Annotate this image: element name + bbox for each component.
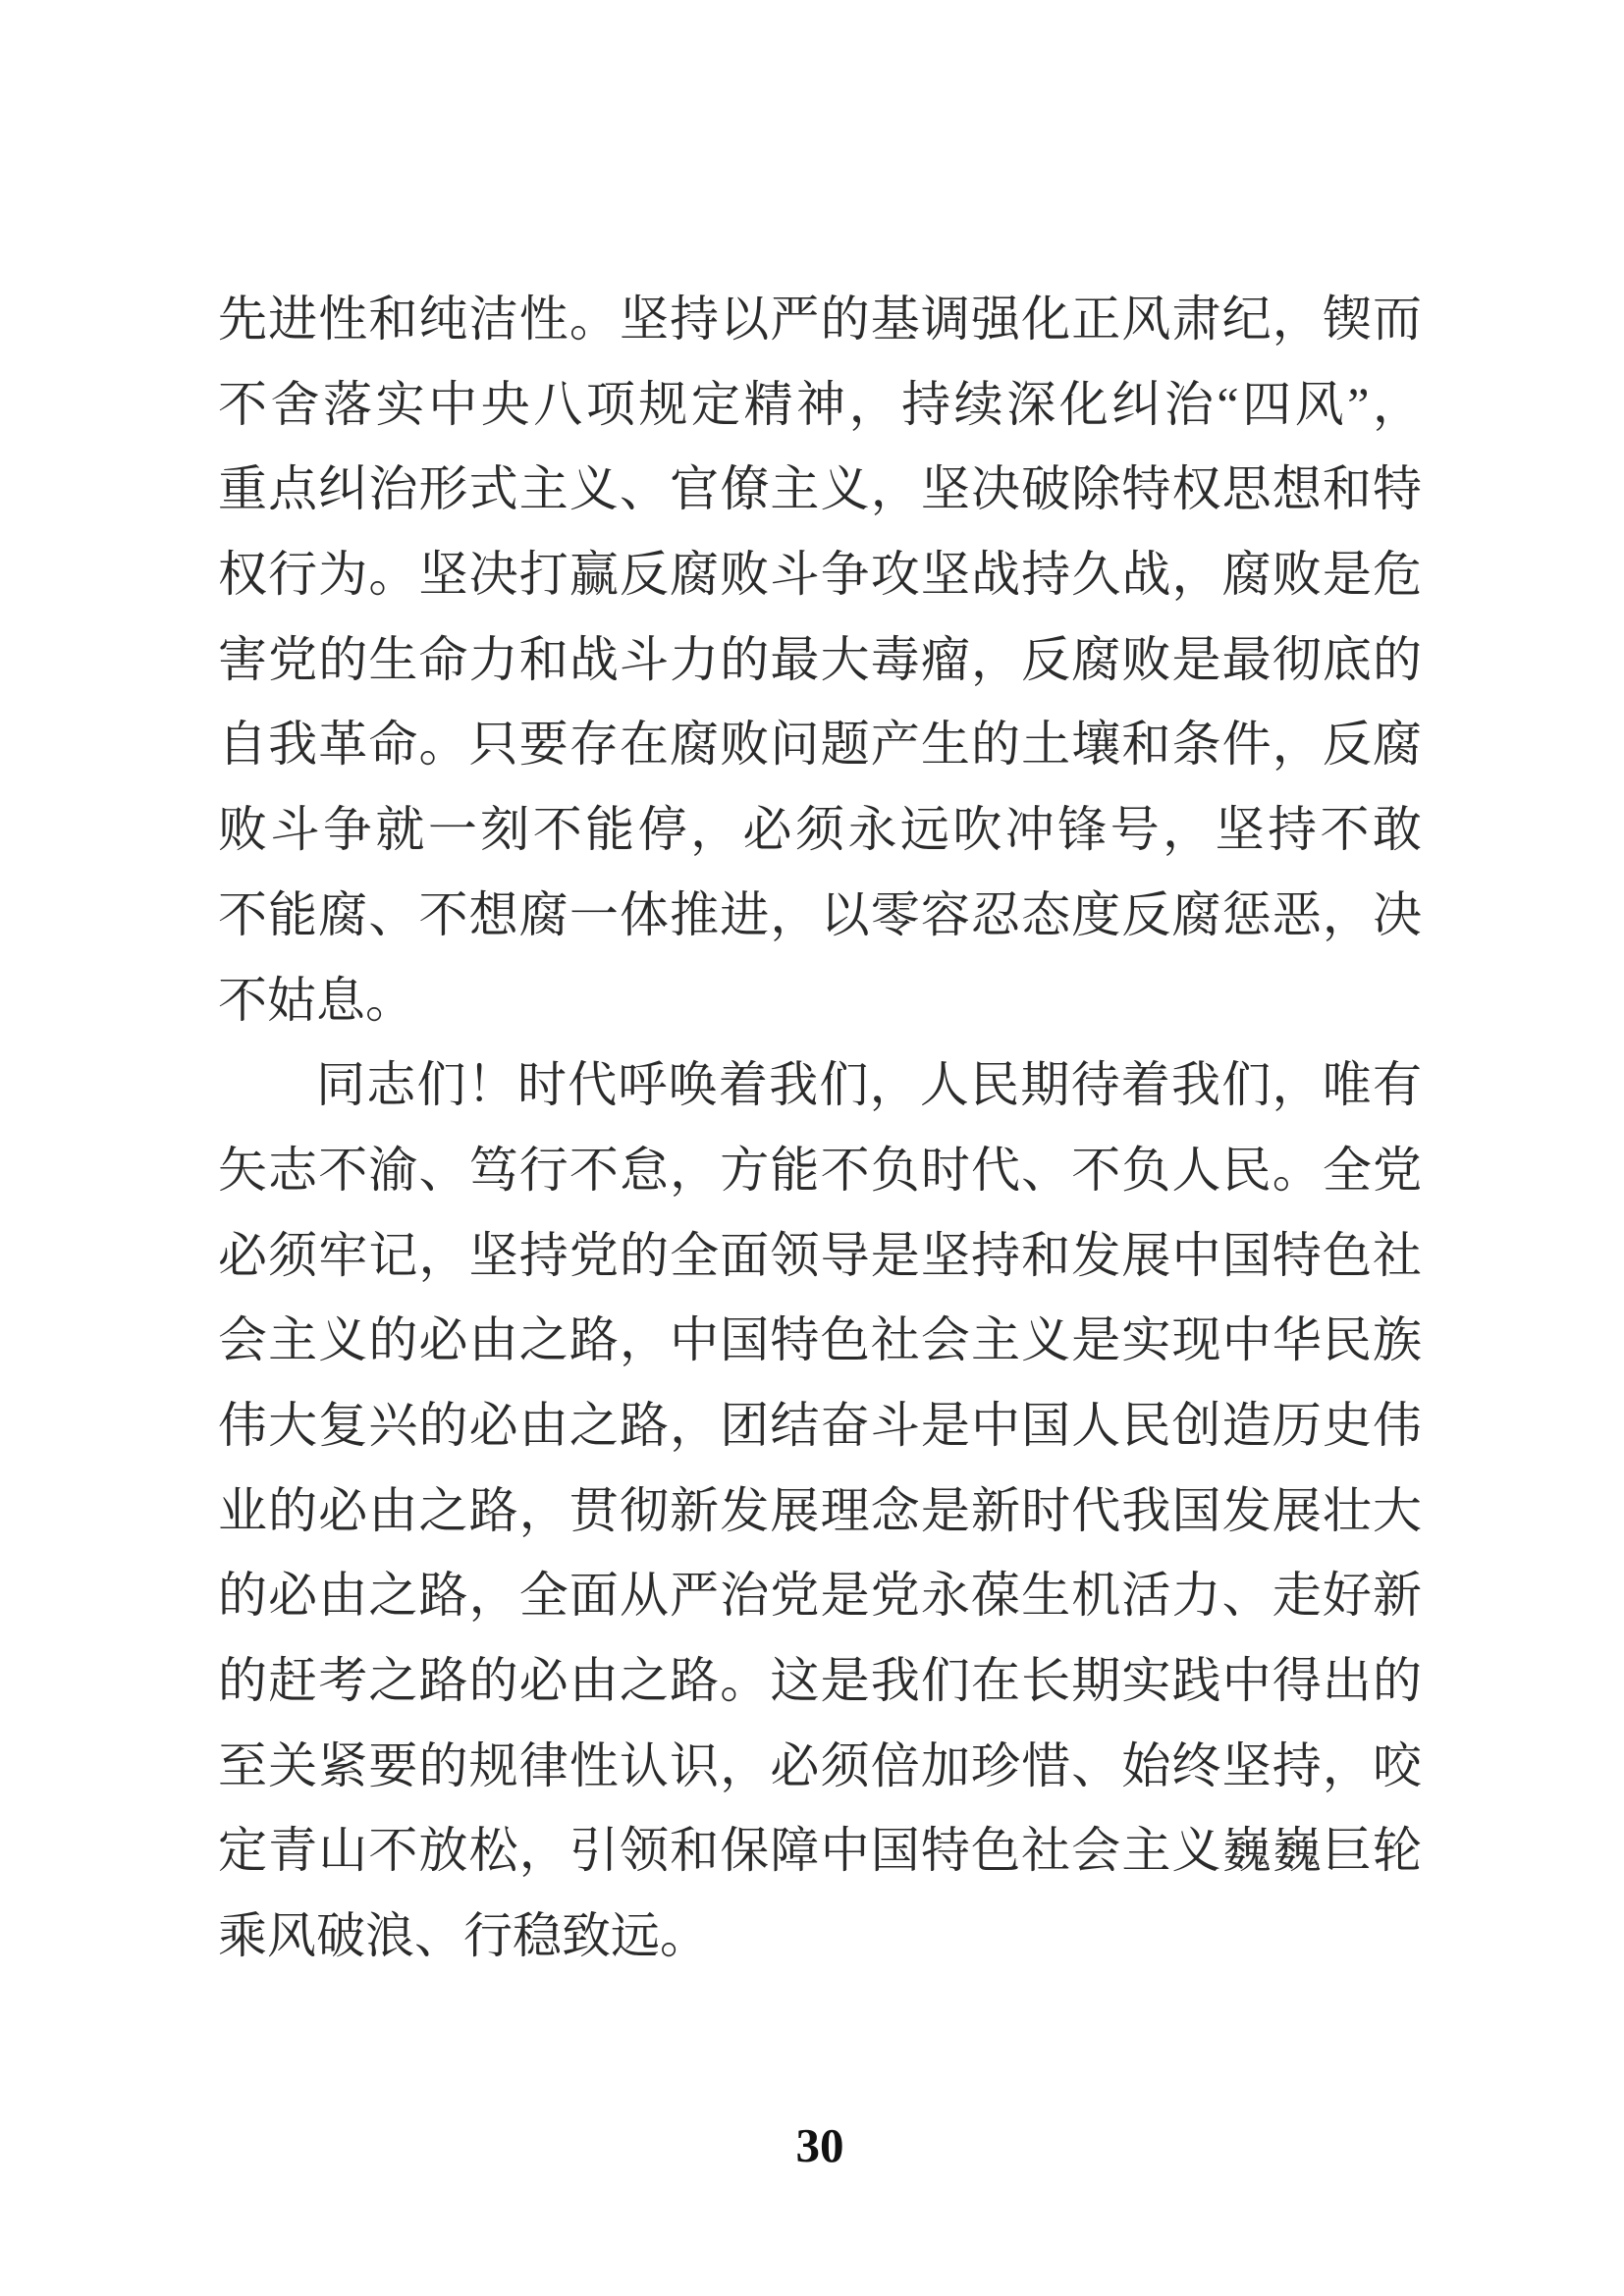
text-line: 不能腐、不想腐一体推进，以零容忍态度反腐惩恶，决 bbox=[218, 873, 1422, 958]
text-line: 至关紧要的规律性认识，必须倍加珍惜、始终坚持，咬 bbox=[218, 1724, 1422, 1809]
text-line: 业的必由之路，贯彻新发展理念是新时代我国发展壮大 bbox=[218, 1468, 1422, 1554]
text-line: 败斗争就一刻不能停，必须永远吹冲锋号，坚持不敢腐、 bbox=[218, 787, 1422, 873]
text-line: 不舍落实中央八项规定精神，持续深化纠治“四风”， bbox=[218, 362, 1422, 448]
text-line: 的必由之路，全面从严治党是党永葆生机活力、走好新 bbox=[218, 1553, 1422, 1638]
text-line: 权行为。坚决打赢反腐败斗争攻坚战持久战，腐败是危 bbox=[218, 532, 1422, 617]
text-line: 乘风破浪、行稳致远。 bbox=[218, 1894, 1422, 1979]
text-line: 的赶考之路的必由之路。这是我们在长期实践中得出的 bbox=[218, 1638, 1422, 1724]
text-line: 同志们！时代呼唤着我们，人民期待着我们，唯有 bbox=[218, 1042, 1422, 1128]
text-line: 自我革命。只要存在腐败问题产生的土壤和条件，反腐 bbox=[218, 702, 1422, 787]
text-line: 不姑息。 bbox=[218, 958, 1422, 1043]
text-line: 矢志不渝、笃行不怠，方能不负时代、不负人民。全党 bbox=[218, 1128, 1422, 1213]
text-line: 伟大复兴的必由之路，团结奋斗是中国人民创造历史伟 bbox=[218, 1383, 1422, 1468]
text-line: 定青山不放松，引领和保障中国特色社会主义巍巍巨轮 bbox=[218, 1808, 1422, 1894]
body-text: 先进性和纯洁性。坚持以严的基调强化正风肃纪，锲而不舍落实中央八项规定精神，持续深… bbox=[218, 277, 1422, 1979]
text-line: 重点纠治形式主义、官僚主义，坚决破除特权思想和特 bbox=[218, 447, 1422, 532]
text-line: 先进性和纯洁性。坚持以严的基调强化正风肃纪，锲而 bbox=[218, 277, 1422, 362]
page-number: 30 bbox=[218, 2107, 1422, 2185]
document-page: 先进性和纯洁性。坚持以严的基调强化正风肃纪，锲而不舍落实中央八项规定精神，持续深… bbox=[0, 0, 1624, 2296]
text-line: 必须牢记，坚持党的全面领导是坚持和发展中国特色社 bbox=[218, 1213, 1422, 1299]
text-line: 害党的生命力和战斗力的最大毒瘤，反腐败是最彻底的 bbox=[218, 617, 1422, 703]
text-line: 会主义的必由之路，中国特色社会主义是实现中华民族 bbox=[218, 1298, 1422, 1383]
